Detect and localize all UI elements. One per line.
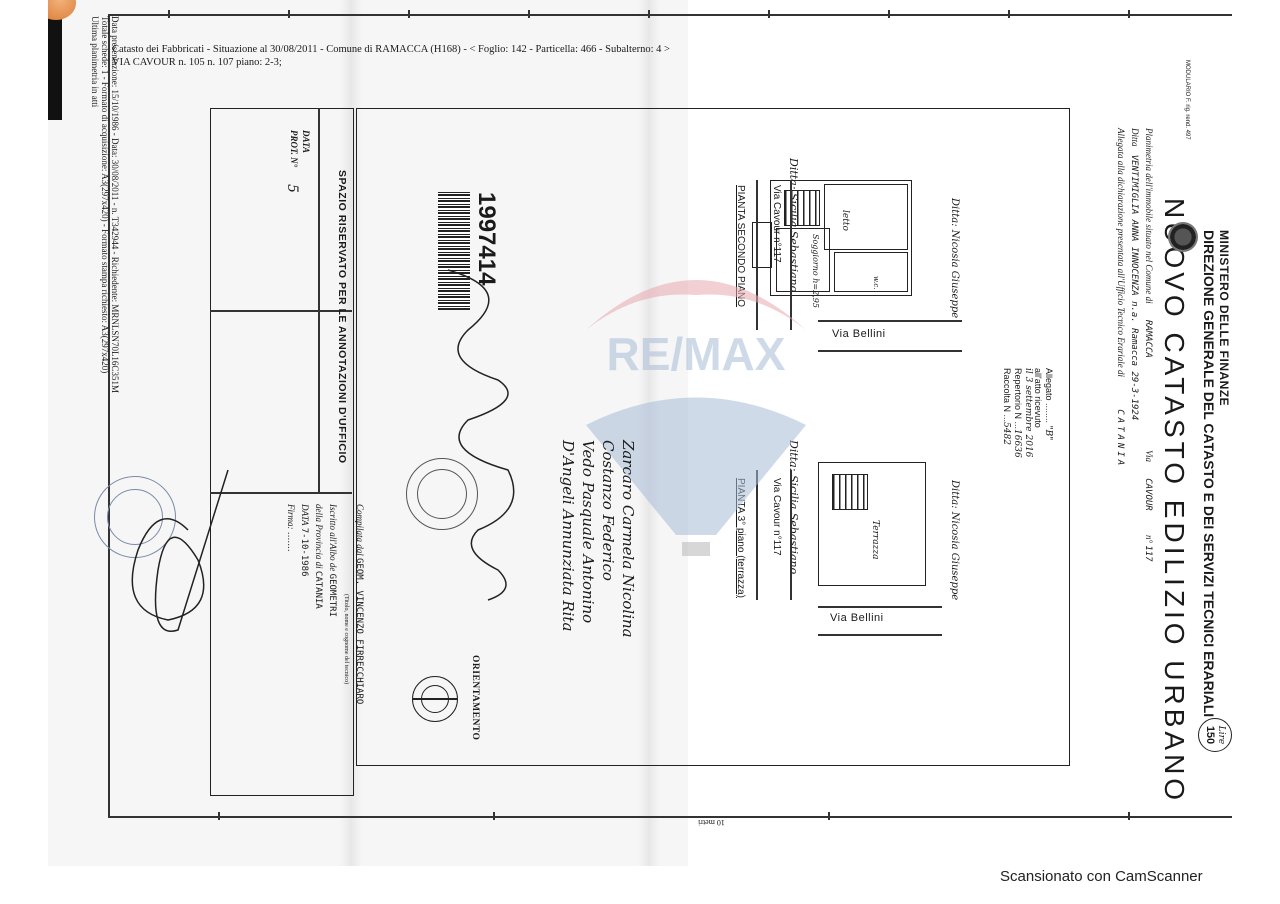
republic-emblem-icon	[1168, 222, 1198, 252]
plan1-street-side: Via Bellini	[832, 328, 886, 340]
signature	[98, 450, 238, 650]
handwritten-names: Zarcaro Carmela Nicolina Costanzo Federi…	[558, 440, 638, 638]
scan-artifact	[48, 0, 76, 20]
office-box-title: SPAZIO RISERVATO PER LE ANNOTAZIONI D'UF…	[336, 170, 348, 464]
office-data-label: DATA	[301, 130, 311, 153]
frame-bottom	[108, 816, 1232, 818]
direction-title: DIREZIONE GENERALE DEL CATASTO E DEI SER…	[1201, 230, 1217, 717]
office-prot-label: PROT. N°	[289, 130, 299, 167]
scale-label: 10 metri	[698, 818, 725, 827]
plan1-room-soggiorno	[776, 228, 830, 292]
planimetria-line: Planimetria dell'immobile situato nel Co…	[1143, 128, 1154, 562]
plan1-room-label: w.c.	[872, 276, 880, 290]
frame-top	[108, 14, 1232, 16]
catasto-side-info: Data presentazione: 15/10/1986 - Data: 3…	[90, 16, 120, 393]
office-prot-value: 5	[284, 184, 300, 193]
plan2-title: PIANTA 3° piano (terrazza)	[735, 478, 746, 598]
header-block: MINISTERO DELLE FINANZE DIREZIONE GENERA…	[1201, 230, 1231, 717]
plan2-stairs	[832, 474, 868, 510]
plan1-room-letto	[824, 184, 908, 250]
form-code: MODULARIO F. rig. rend. 497	[1184, 60, 1190, 140]
catasto-header-line1: Catasto dei Fabbricati - Situazione al 3…	[112, 44, 670, 55]
plan2-street-side: Via Bellini	[830, 612, 884, 624]
plan1-street-front: Via Cavour n°117	[771, 185, 782, 263]
plan1-room-label: Soggiorno h=2,95	[811, 234, 820, 308]
plan2-room-label: Terrazza	[870, 520, 880, 559]
plan2-street-front: Via Cavour n°117	[771, 478, 782, 556]
ministry-title: MINISTERO DELLE FINANZE	[1217, 230, 1231, 717]
plan1-room-label: letto	[840, 210, 850, 231]
scanned-document: Catasto dei Fabbricati - Situazione al 3…	[48, 0, 1232, 866]
camscanner-footer: Scansionato con CamScanner	[1000, 868, 1203, 885]
orientation-label: ORIENTAMENTO	[470, 655, 480, 740]
plan1-title: PIANTA SECONDO PIANO	[735, 185, 746, 307]
lire-stamp: Lire 150	[1198, 718, 1232, 752]
signature	[428, 250, 538, 610]
compilata-block: Compilata dal GEOM. VINCENZO FIRRECCHIAR…	[283, 504, 366, 704]
catasto-header-line2: VIA CAVOUR n. 105 n. 107 piano: 2-3;	[112, 57, 282, 68]
plan1-balcony	[752, 222, 772, 268]
ditta-line: Ditta VENTIMIGLIA ANNA INNOCENZA n.a. Ra…	[1129, 128, 1140, 420]
compass-icon	[412, 676, 458, 722]
allegata-line: Allegata alla dichiarazione presentata a…	[1115, 128, 1126, 468]
plan2-ditta-side: Ditta: Nicosia Giuseppe	[949, 480, 960, 600]
allegato-block: Allegato ........ "B" all'atto ricevuto …	[1001, 368, 1054, 458]
main-title: NUOVO CATASTO EDILIZIO URBANO	[1158, 198, 1190, 804]
plan1-ditta-side: Ditta: Nicosia Giuseppe	[949, 198, 960, 318]
plan2-ditta-top: Ditta: Sicilia Sebastiano	[787, 440, 800, 574]
plan1-room-wc	[834, 252, 908, 292]
